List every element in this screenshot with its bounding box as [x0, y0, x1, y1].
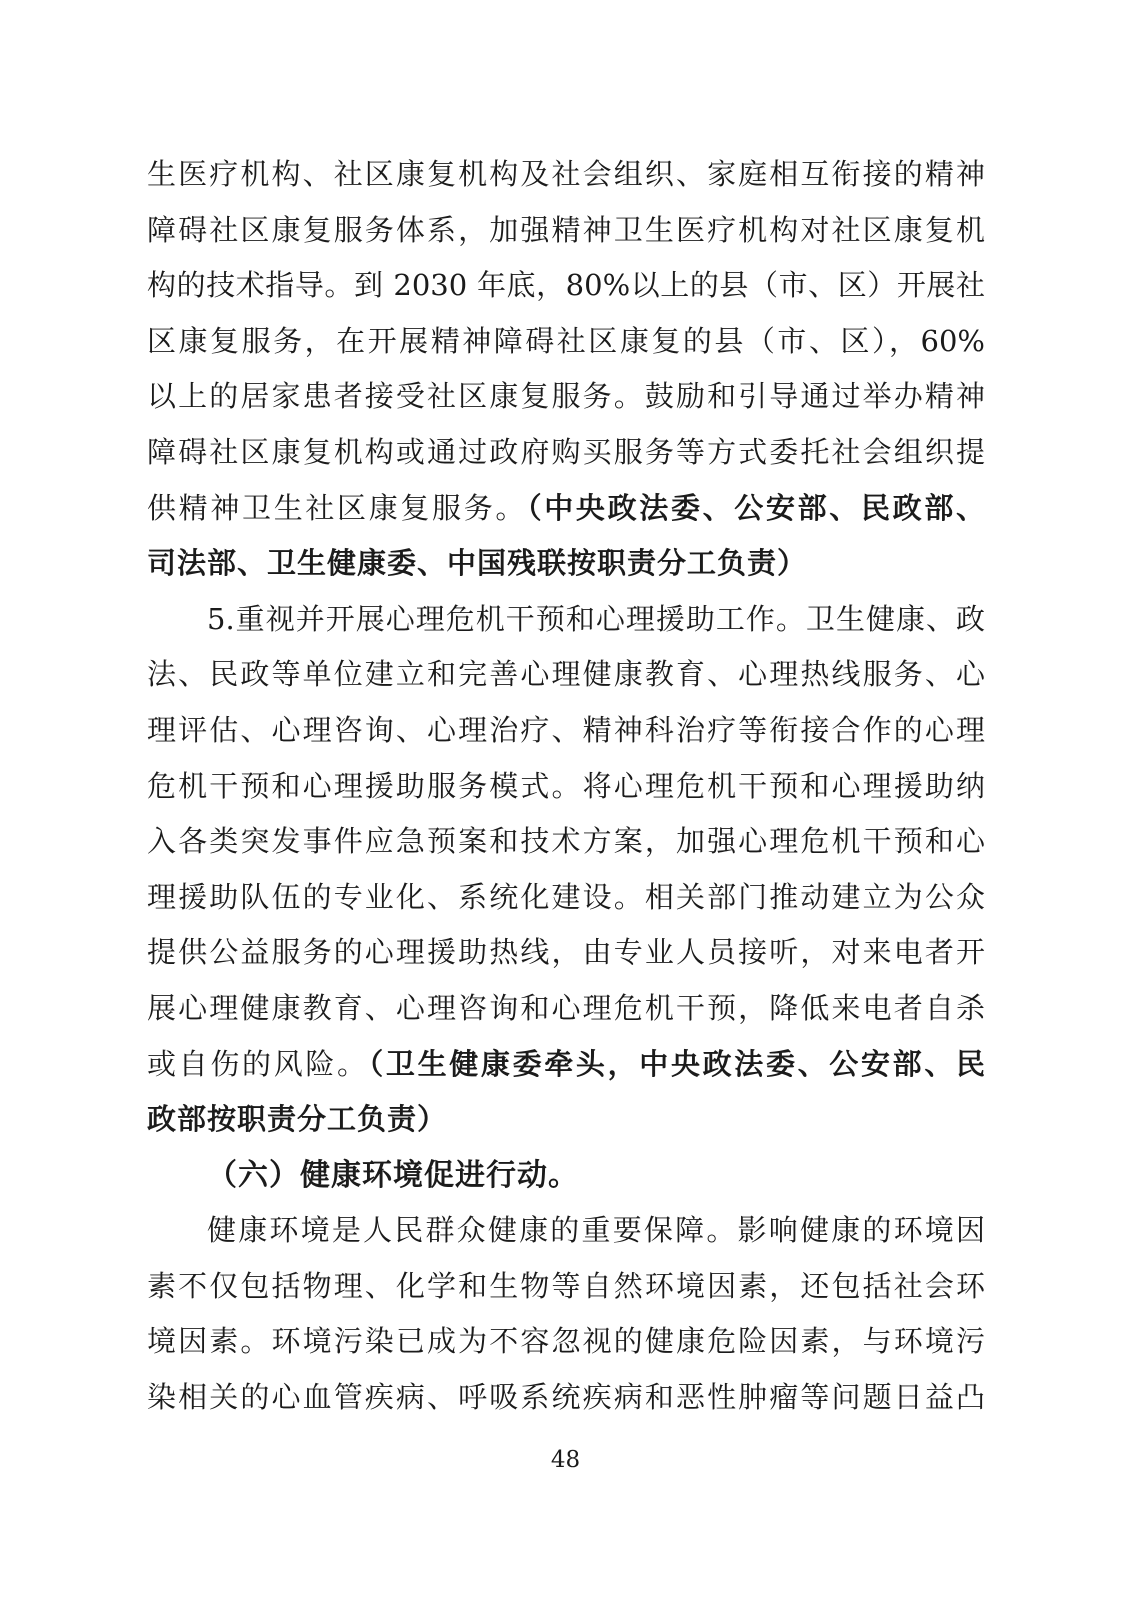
text-line: 构的技术指导。到 2030 年底，80%以上的县（市、区）开展社: [147, 258, 985, 314]
text-run: 以上的居家患者接受社区康复服务。鼓励和引导通过举办精神: [147, 379, 985, 413]
text-run: 或自伤的风险。: [147, 1047, 369, 1081]
text-line: 危机干预和心理援助服务模式。将心理危机干预和心理援助纳: [147, 759, 985, 815]
text-run: 理评估、心理咨询、心理治疗、精神科治疗等衔接合作的心理: [147, 713, 985, 747]
text-line: 提供公益服务的心理援助热线，由专业人员接听，对来电者开: [147, 925, 985, 981]
text-run: 障碍社区康复服务体系，加强精神卫生医疗机构对社区康复机: [147, 213, 985, 247]
text-line: 入各类突发事件应急预案和技术方案，加强心理危机干预和心: [147, 814, 985, 870]
text-run: 构的技术指导。到 2030 年底，80%以上的县（市、区）开展社: [147, 268, 985, 302]
text-run: 危机干预和心理援助服务模式。将心理危机干预和心理援助纳: [147, 769, 985, 803]
text-run: 供精神卫生社区康复服务。: [147, 491, 527, 525]
text-line: 生医疗机构、社区康复机构及社会组织、家庭相互衔接的精神: [147, 147, 985, 203]
text-run: 境因素。环境污染已成为不容忽视的健康危险因素，与环境污: [147, 1324, 985, 1358]
text-line: 法、民政等单位建立和完善心理健康教育、心理热线服务、心: [147, 647, 985, 703]
text-run: 展心理健康教育、心理咨询和心理危机干预，降低来电者自杀: [147, 991, 985, 1025]
page-number: 48: [551, 1447, 580, 1473]
text-run: 生医疗机构、社区康复机构及社会组织、家庭相互衔接的精神: [147, 157, 985, 191]
text-line: 司法部、卫生健康委、中国残联按职责分工负责）: [147, 536, 985, 592]
section-heading-text: （六）健康环境促进行动。: [207, 1158, 579, 1193]
text-line: 障碍社区康复机构或通过政府购买服务等方式委托社会组织提: [147, 425, 985, 481]
responsibility-clause-run: 司法部、卫生健康委、中国残联按职责分工负责）: [147, 546, 807, 580]
text-line: 以上的居家患者接受社区康复服务。鼓励和引导通过举办精神: [147, 369, 985, 425]
text-line: 政部按职责分工负责）: [147, 1092, 985, 1148]
text-line: 或自伤的风险。（卫生健康委牵头，中央政法委、公安部、民: [147, 1037, 985, 1093]
text-line: 区康复服务，在开展精神障碍社区康复的县（市、区），60%: [147, 314, 985, 370]
text-line: 5.重视并开展心理危机干预和心理援助工作。卫生健康、政: [147, 592, 985, 648]
text-line: 障碍社区康复服务体系，加强精神卫生医疗机构对社区康复机: [147, 203, 985, 259]
text-line: 理援助队伍的专业化、系统化建设。相关部门推动建立为公众: [147, 870, 985, 926]
text-line: 素不仅包括物理、化学和生物等自然环境因素，还包括社会环: [147, 1259, 985, 1315]
text-run: 法、民政等单位建立和完善心理健康教育、心理热线服务、心: [147, 657, 985, 691]
text-line: 健康环境是人民群众健康的重要保障。影响健康的环境因: [147, 1203, 985, 1259]
text-run: 5.重视并开展心理危机干预和心理援助工作。卫生健康、政: [207, 602, 985, 636]
text-run: 理援助队伍的专业化、系统化建设。相关部门推动建立为公众: [147, 880, 985, 914]
responsibility-clause-run: （卫生健康委牵头，中央政法委、公安部、民: [369, 1047, 985, 1081]
text-line: 理评估、心理咨询、心理治疗、精神科治疗等衔接合作的心理: [147, 703, 985, 759]
text-run: 入各类突发事件应急预案和技术方案，加强心理危机干预和心: [147, 824, 985, 858]
section-heading: （六）健康环境促进行动。: [147, 1148, 985, 1204]
text-line: 染相关的心血管疾病、呼吸系统疾病和恶性肿瘤等问题日益凸: [147, 1370, 985, 1426]
responsibility-clause-run: （中央政法委、公安部、民政部、: [527, 491, 985, 525]
text-run: 区康复服务，在开展精神障碍社区康复的县（市、区），60%: [147, 324, 985, 358]
page-footer: 48: [0, 1447, 1131, 1473]
text-line: 供精神卫生社区康复服务。（中央政法委、公安部、民政部、: [147, 481, 985, 537]
document-body: 生医疗机构、社区康复机构及社会组织、家庭相互衔接的精神 障碍社区康复服务体系，加…: [147, 147, 985, 1426]
text-line: 境因素。环境污染已成为不容忽视的健康危险因素，与环境污: [147, 1314, 985, 1370]
text-run: 染相关的心血管疾病、呼吸系统疾病和恶性肿瘤等问题日益凸: [147, 1380, 985, 1414]
text-run: 健康环境是人民群众健康的重要保障。影响健康的环境因: [207, 1213, 985, 1247]
responsibility-clause-run: 政部按职责分工负责）: [147, 1102, 447, 1136]
document-page: 生医疗机构、社区康复机构及社会组织、家庭相互衔接的精神 障碍社区康复服务体系，加…: [0, 0, 1131, 1600]
text-run: 障碍社区康复机构或通过政府购买服务等方式委托社会组织提: [147, 435, 985, 469]
text-line: 展心理健康教育、心理咨询和心理危机干预，降低来电者自杀: [147, 981, 985, 1037]
text-run: 提供公益服务的心理援助热线，由专业人员接听，对来电者开: [147, 935, 985, 969]
text-run: 素不仅包括物理、化学和生物等自然环境因素，还包括社会环: [147, 1269, 985, 1303]
